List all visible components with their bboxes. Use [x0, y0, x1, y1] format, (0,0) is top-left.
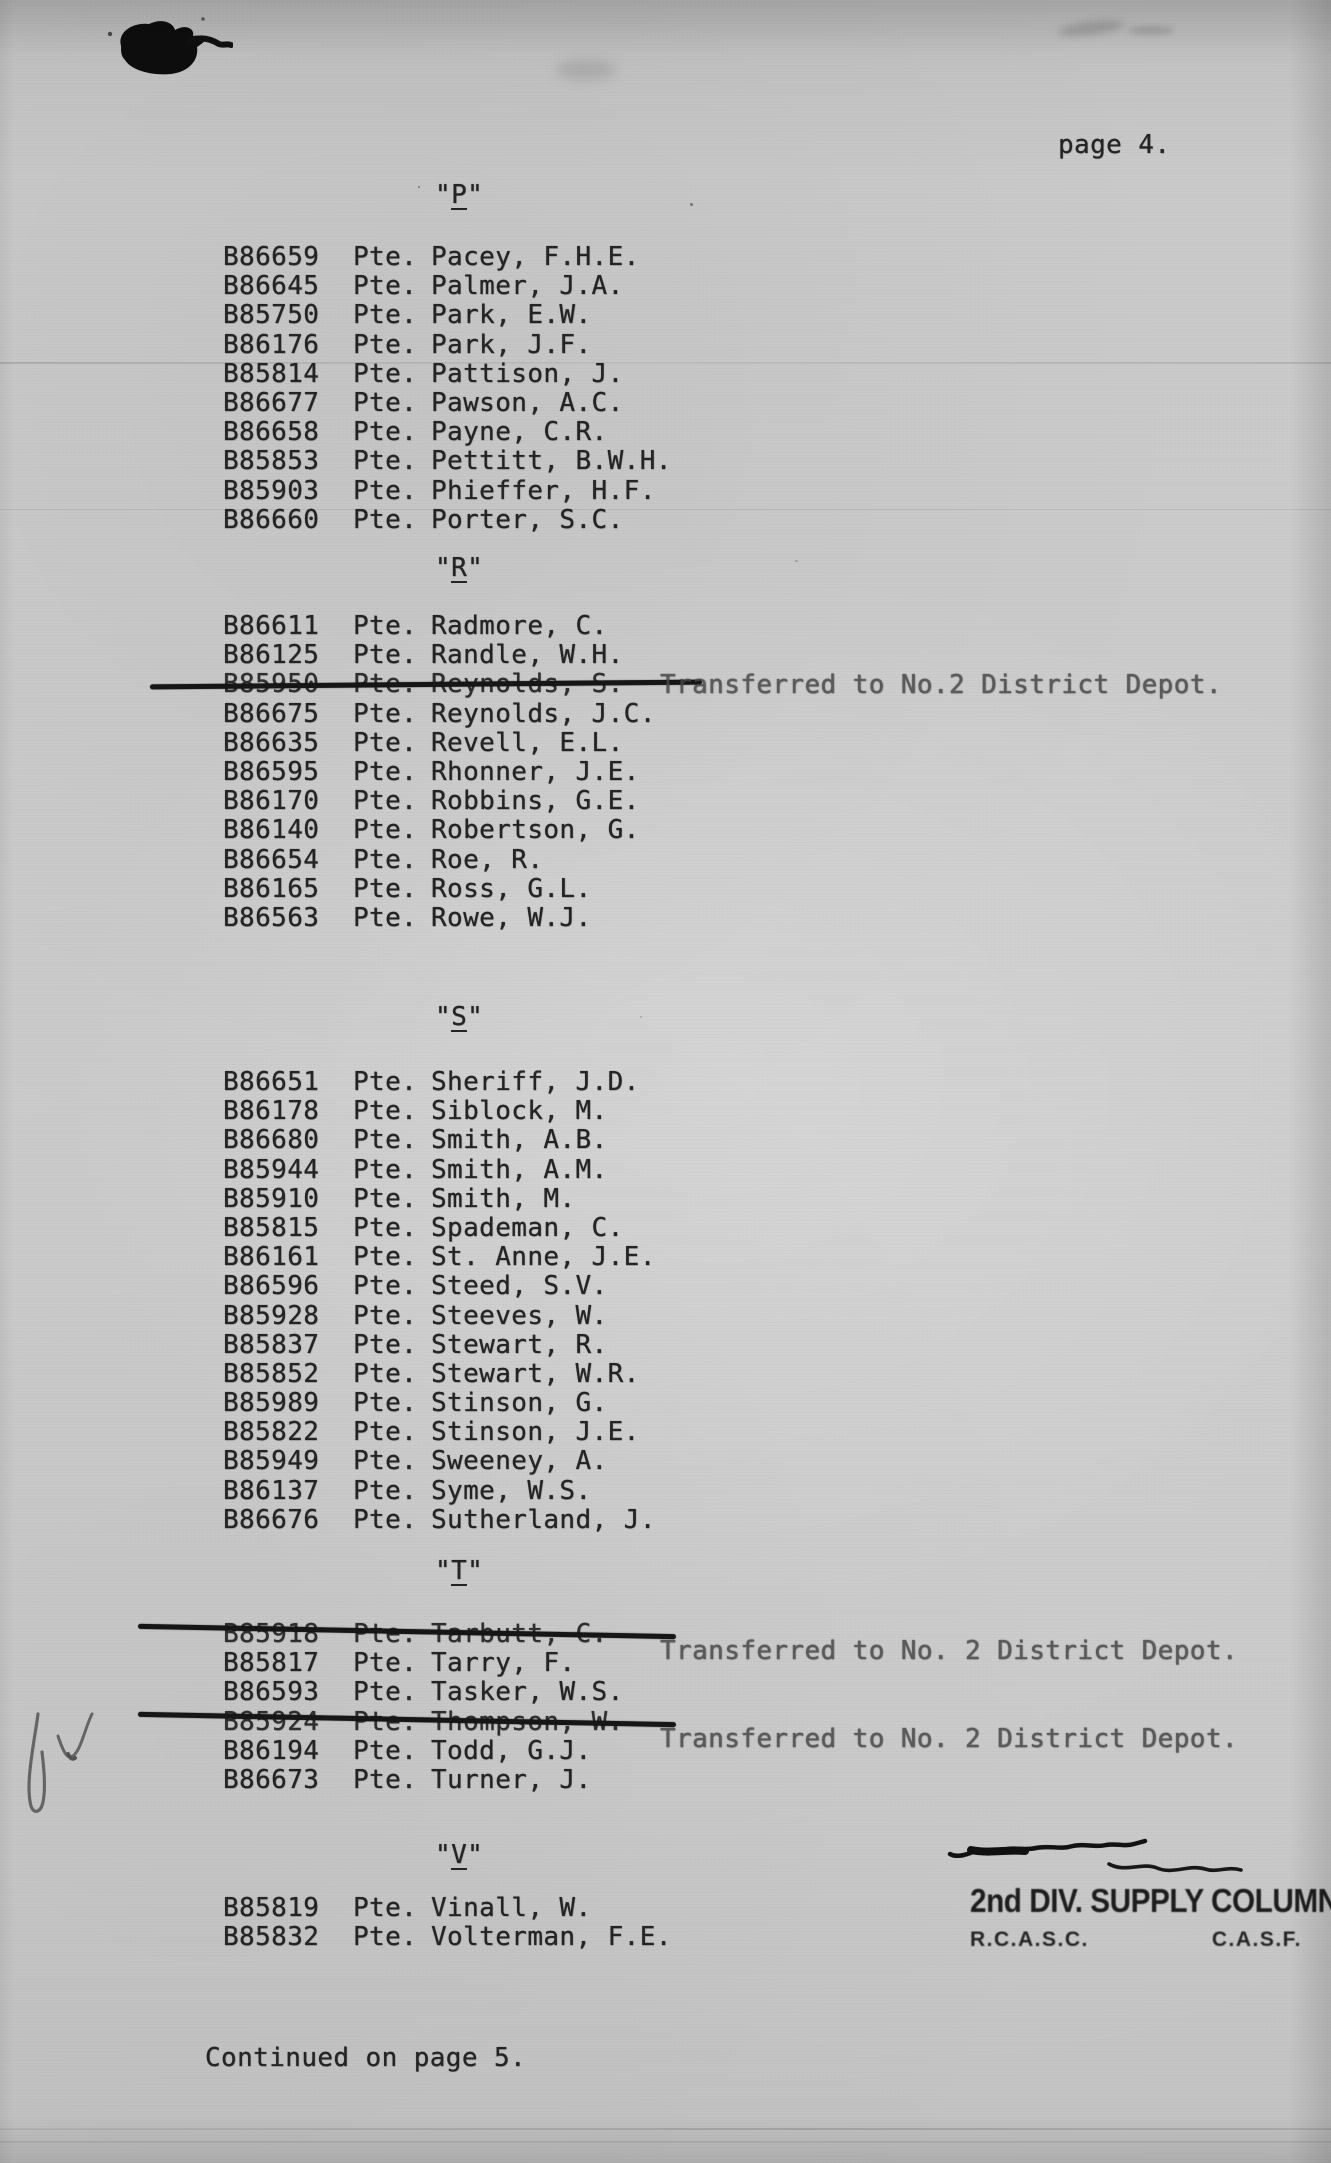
rank: Pte. — [353, 1447, 431, 1476]
surname-initials: Revell, E.L. — [431, 728, 624, 758]
rank: Pte. — [353, 477, 431, 506]
section-letter: S — [451, 1005, 467, 1032]
roster-entry: B85822Pte.Stinson, J.E. — [223, 1418, 1328, 1447]
surname-initials: Porter, S.C. — [431, 505, 624, 535]
service-number: B86161 — [223, 1243, 353, 1272]
roster-section-p: "P"B86659Pte.Pacey, F.H.E.B86645Pte.Palm… — [223, 180, 1328, 535]
rank: Pte. — [353, 1068, 431, 1097]
surname-initials: St. Anne, J.E. — [431, 1242, 656, 1272]
rank: Pte. — [353, 1894, 431, 1923]
roster-entry: B86593Pte.Tasker, W.S. — [223, 1678, 1328, 1707]
rank: Pte. — [353, 360, 431, 389]
service-number: B85819 — [223, 1894, 353, 1923]
surname-initials: Siblock, M. — [431, 1096, 608, 1126]
surname-initials: Stinson, G. — [431, 1388, 608, 1418]
roster-entry: B85837Pte.Stewart, R. — [223, 1331, 1328, 1360]
rank: Pte. — [353, 1923, 431, 1952]
surname-initials: Radmore, C. — [431, 611, 608, 641]
rank: Pte. — [353, 1620, 431, 1649]
service-number: B86673 — [223, 1766, 353, 1795]
surname-initials: Stewart, W.R. — [431, 1359, 640, 1389]
section-letter-heading: "P" — [435, 180, 1328, 210]
roster-entry: B86677Pte.Pawson, A.C. — [223, 389, 1328, 418]
rank: Pte. — [353, 1097, 431, 1126]
service-number: B86676 — [223, 1506, 353, 1535]
rank: Pte. — [353, 729, 431, 758]
roster-section-t: "T"B85918Pte.Tarbutt, C.Transferred to N… — [223, 1556, 1328, 1795]
service-number: B86645 — [223, 272, 353, 301]
ink-smudge — [556, 60, 616, 80]
service-number: B86178 — [223, 1097, 353, 1126]
rank: Pte. — [353, 1185, 431, 1214]
surname-initials: Stinson, J.E. — [431, 1417, 640, 1447]
section-letter: V — [451, 1843, 467, 1870]
service-number: B85989 — [223, 1389, 353, 1418]
rank: Pte. — [353, 506, 431, 535]
service-number: B86194 — [223, 1737, 353, 1766]
rank: Pte. — [353, 816, 431, 845]
service-number: B85852 — [223, 1360, 353, 1389]
rank: Pte. — [353, 1272, 431, 1301]
service-number: B86137 — [223, 1477, 353, 1506]
page-number: page 4. — [1058, 130, 1170, 160]
service-number: B85853 — [223, 447, 353, 476]
surname-initials: Volterman, F.E. — [431, 1922, 672, 1952]
ink-blot — [103, 12, 233, 80]
continued-footer: Continued on page 5. — [205, 2043, 526, 2073]
surname-initials: Palmer, J.A. — [431, 271, 624, 301]
section-letter: P — [451, 183, 467, 210]
service-number: B85910 — [223, 1185, 353, 1214]
service-number: B86659 — [223, 243, 353, 272]
service-number: B85814 — [223, 360, 353, 389]
rank: Pte. — [353, 787, 431, 816]
service-number: B85924 — [223, 1708, 353, 1737]
service-number: B86593 — [223, 1678, 353, 1707]
surname-initials: Sheriff, J.D. — [431, 1067, 640, 1097]
scan-crease-line — [0, 2128, 1331, 2130]
roster-entry: B86673Pte.Turner, J. — [223, 1766, 1328, 1795]
surname-initials: Smith, A.B. — [431, 1125, 608, 1155]
service-number: B85837 — [223, 1331, 353, 1360]
rank: Pte. — [353, 1214, 431, 1243]
roster-entry: B86176Pte.Park, J.F. — [223, 331, 1328, 360]
surname-initials: Spademan, C. — [431, 1213, 624, 1243]
unit-stamp: 2nd DIV. SUPPLY COLUMN, R.C.A.S.C. C.A.S… — [952, 1822, 1331, 1982]
surname-initials: Reynolds, J.C. — [431, 699, 656, 729]
service-number: B86660 — [223, 506, 353, 535]
roster-entry: B85928Pte.Steeves, W. — [223, 1302, 1328, 1331]
ink-smudge — [1057, 18, 1124, 39]
service-number: B85949 — [223, 1447, 353, 1476]
scan-crease-line — [0, 2141, 1331, 2143]
service-number: B86595 — [223, 758, 353, 787]
rank: Pte. — [353, 1302, 431, 1331]
roster-entry: B86170Pte.Robbins, G.E. — [223, 787, 1328, 816]
rank: Pte. — [353, 641, 431, 670]
service-number: B86680 — [223, 1126, 353, 1155]
service-number: B86611 — [223, 612, 353, 641]
rank: Pte. — [353, 1243, 431, 1272]
stamp-force-casf: C.A.S.F. — [1212, 1928, 1302, 1952]
surname-initials: Turner, J. — [431, 1765, 592, 1795]
rank: Pte. — [353, 1678, 431, 1707]
rank: Pte. — [353, 331, 431, 360]
roster-entry: B85817Pte.Tarry, F. — [223, 1649, 1328, 1678]
roster-entry: B86125Pte.Randle, W.H. — [223, 641, 1328, 670]
rank: Pte. — [353, 846, 431, 875]
service-number: B86654 — [223, 846, 353, 875]
surname-initials: Randle, W.H. — [431, 640, 624, 670]
roster-entry: B85750Pte.Park, E.W. — [223, 301, 1328, 330]
service-number: B86176 — [223, 331, 353, 360]
surname-initials: Smith, M. — [431, 1184, 575, 1214]
service-number: B85903 — [223, 477, 353, 506]
service-number: B85822 — [223, 1418, 353, 1447]
roster-entry-struck: B85924Pte.Thompson, W.Transferred to No.… — [223, 1708, 1328, 1737]
roster-entry: B86161Pte.St. Anne, J.E. — [223, 1243, 1328, 1272]
surname-initials: Rhonner, J.E. — [431, 757, 640, 787]
rank: Pte. — [353, 1737, 431, 1766]
roster-entry: B86596Pte.Steed, S.V. — [223, 1272, 1328, 1301]
roster-entry: B85815Pte.Spademan, C. — [223, 1214, 1328, 1243]
roster-entry: B86680Pte.Smith, A.B. — [223, 1126, 1328, 1155]
rank: Pte. — [353, 272, 431, 301]
rank: Pte. — [353, 875, 431, 904]
surname-initials: Sutherland, J. — [431, 1505, 656, 1535]
section-letter: T — [451, 1559, 467, 1586]
roster-entry: B85949Pte.Sweeney, A. — [223, 1447, 1328, 1476]
rank: Pte. — [353, 1649, 431, 1678]
service-number: B85817 — [223, 1649, 353, 1678]
roster-entry-struck: B85918Pte.Tarbutt, C.Transferred to No. … — [223, 1620, 1328, 1649]
roster-entry: B86635Pte.Revell, E.L. — [223, 729, 1328, 758]
rank: Pte. — [353, 1331, 431, 1360]
rank: Pte. — [353, 1418, 431, 1447]
rank: Pte. — [353, 1766, 431, 1795]
service-number: B85750 — [223, 301, 353, 330]
service-number: B86635 — [223, 729, 353, 758]
service-number: B85832 — [223, 1923, 353, 1952]
rank: Pte. — [353, 612, 431, 641]
service-number: B86651 — [223, 1068, 353, 1097]
roster-entry: B86654Pte.Roe, R. — [223, 846, 1328, 875]
rank: Pte. — [353, 700, 431, 729]
service-number: B86165 — [223, 875, 353, 904]
service-number: B85918 — [223, 1620, 353, 1649]
surname-initials: Syme, W.S. — [431, 1476, 592, 1506]
service-number: B86675 — [223, 700, 353, 729]
roster-entry: B86595Pte.Rhonner, J.E. — [223, 758, 1328, 787]
roster-entry: B86140Pte.Robertson, G. — [223, 816, 1328, 845]
roster-entry: B86651Pte.Sheriff, J.D. — [223, 1068, 1328, 1097]
roster-entry: B85944Pte.Smith, A.M. — [223, 1156, 1328, 1185]
service-number: B86658 — [223, 418, 353, 447]
scanned-document-page: { "page": { "number_label": "page 4.", "… — [0, 0, 1331, 2163]
service-number: B85928 — [223, 1302, 353, 1331]
roster-entry: B86194Pte.Todd, G.J. — [223, 1737, 1328, 1766]
surname-initials: Rowe, W.J. — [431, 903, 592, 933]
roster-entry: B86563Pte.Rowe, W.J. — [223, 904, 1328, 933]
surname-initials: Park, J.F. — [431, 330, 592, 360]
surname-initials: Roe, R. — [431, 845, 543, 875]
rank: Pte. — [353, 1708, 431, 1737]
surname-initials: Payne, C.R. — [431, 417, 608, 447]
rank: Pte. — [353, 758, 431, 787]
rank: Pte. — [353, 243, 431, 272]
pencil-margin-mark — [8, 1706, 103, 1821]
roster-entry: B86165Pte.Ross, G.L. — [223, 875, 1328, 904]
surname-initials: Todd, G.J. — [431, 1736, 592, 1766]
rank: Pte. — [353, 301, 431, 330]
transfer-note: Transferred to No.2 District Depot. — [660, 671, 1222, 700]
stamp-unit-name: 2nd DIV. SUPPLY COLUMN, — [970, 1882, 1331, 1921]
roster-entry: B86676Pte.Sutherland, J. — [223, 1506, 1328, 1535]
surname-initials: Steeves, W. — [431, 1301, 608, 1331]
roster-section-s: "S"B86651Pte.Sheriff, J.D.B86178Pte.Sibl… — [223, 1002, 1328, 1535]
surname-initials: Pawson, A.C. — [431, 388, 624, 418]
roster-entry: B85853Pte.Pettitt, B.W.H. — [223, 447, 1328, 476]
service-number: B86125 — [223, 641, 353, 670]
roster-entry: B86611Pte.Radmore, C. — [223, 612, 1328, 641]
roster-entry: B85852Pte.Stewart, W.R. — [223, 1360, 1328, 1389]
roster-entry: B85814Pte.Pattison, J. — [223, 360, 1328, 389]
rank: Pte. — [353, 447, 431, 476]
rank: Pte. — [353, 1360, 431, 1389]
surname-initials: Pattison, J. — [431, 359, 624, 389]
section-letter-heading: "R" — [435, 553, 1328, 583]
rank: Pte. — [353, 1506, 431, 1535]
rank: Pte. — [353, 418, 431, 447]
surname-initials: Sweeney, A. — [431, 1446, 608, 1476]
roster-entry: B86178Pte.Siblock, M. — [223, 1097, 1328, 1126]
roster-entry: B86659Pte.Pacey, F.H.E. — [223, 243, 1328, 272]
surname-initials: Robbins, G.E. — [431, 786, 640, 816]
surname-initials: Steed, S.V. — [431, 1271, 608, 1301]
surname-initials: Robertson, G. — [431, 815, 640, 845]
service-number: B86170 — [223, 787, 353, 816]
surname-initials: Park, E.W. — [431, 300, 592, 330]
roster-entry: B85910Pte.Smith, M. — [223, 1185, 1328, 1214]
rank: Pte. — [353, 1389, 431, 1418]
service-number: B85815 — [223, 1214, 353, 1243]
section-letter-heading: "T" — [435, 1556, 1328, 1586]
roster-entry: B86137Pte.Syme, W.S. — [223, 1477, 1328, 1506]
section-letter: R — [451, 556, 467, 583]
surname-initials: Vinall, W. — [431, 1893, 592, 1923]
surname-initials: Pettitt, B.W.H. — [431, 446, 672, 476]
service-number: B85944 — [223, 1156, 353, 1185]
roster-entry: B85989Pte.Stinson, G. — [223, 1389, 1328, 1418]
roster-entry: B86660Pte.Porter, S.C. — [223, 506, 1328, 535]
rank: Pte. — [353, 389, 431, 418]
roster-entry: B86658Pte.Payne, C.R. — [223, 418, 1328, 447]
service-number: B86563 — [223, 904, 353, 933]
service-number: B86596 — [223, 1272, 353, 1301]
surname-initials: Pacey, F.H.E. — [431, 242, 640, 272]
rank: Pte. — [353, 1477, 431, 1506]
ink-smudge — [1128, 26, 1174, 35]
rank: Pte. — [353, 1156, 431, 1185]
surname-initials: Ross, G.L. — [431, 874, 592, 904]
surname-initials: Tasker, W.S. — [431, 1677, 624, 1707]
roster-entry: B86645Pte.Palmer, J.A. — [223, 272, 1328, 301]
surname-initials: Stewart, R. — [431, 1330, 608, 1360]
rank: Pte. — [353, 904, 431, 933]
surname-initials: Phieffer, H.F. — [431, 476, 656, 506]
service-number: B86140 — [223, 816, 353, 845]
service-number: B86677 — [223, 389, 353, 418]
roster-entry: B86675Pte.Reynolds, J.C. — [223, 700, 1328, 729]
stamp-corps-rcasc: R.C.A.S.C. — [970, 1928, 1089, 1952]
surname-initials: Smith, A.M. — [431, 1155, 608, 1185]
section-letter-heading: "S" — [435, 1002, 1328, 1032]
roster-entry-struck: B85950Pte.Reynolds, S.Transferred to No.… — [223, 670, 1328, 699]
roster-section-r: "R"B86611Pte.Radmore, C.B86125Pte.Randle… — [223, 553, 1328, 933]
surname-initials: Tarry, F. — [431, 1648, 575, 1678]
roster-entry: B85903Pte.Phieffer, H.F. — [223, 477, 1328, 506]
rank: Pte. — [353, 1126, 431, 1155]
